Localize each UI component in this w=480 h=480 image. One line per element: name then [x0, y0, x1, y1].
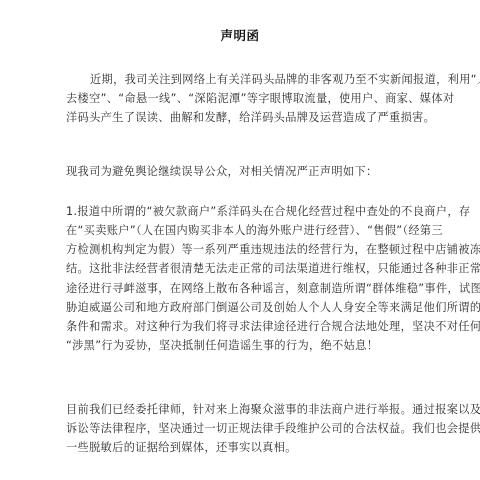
paragraph-line: 结。这批非法经营者很清楚无法走正常的司法渠道进行维权，只能通过各种非正常 [66, 262, 480, 276]
paragraph-line: 目前我们已经委托律师，针对来上海聚众滋事的非法商户进行举报。通过报案以及 [66, 403, 480, 417]
paragraph-line: 洋码头产生了误读、曲解和发酵，给洋码头品牌及运营造成了严重损害。 [66, 111, 435, 125]
paragraph-line: 近期，我司关注到网络上有关洋码头品牌的非客观乃至不实新闻报道，利用“人 [90, 73, 480, 87]
statement-document: 声明函 近期，我司关注到网络上有关洋码头品牌的非客观乃至不实新闻报道，利用“人 … [0, 0, 480, 480]
paragraph-line: “涉黑”行为妥协，坚决抵制任何造谣生事的行为，绝不姑息！ [66, 339, 378, 353]
paragraph-line: 一些脱敏后的证据给到媒体，还事实以真相。 [66, 441, 297, 455]
paragraph-line: 在“买卖账户”（人在国内购买非本人的海外账户进行经营）、“售假”（经第三 [66, 224, 443, 238]
paragraph-line: 胁迫威逼公司和地方政府部门倒逼公司及创始人个人人身安全等来满足他们所谓的 [66, 301, 480, 315]
paragraph-line: 现我司为避免舆论继续误导公众，对相关情况严正声明如下： [66, 165, 378, 179]
paragraph-line: 条件和需求。对这种行为我们将寻求法律途径进行合规合法地处理，坚决不对任何 [66, 320, 480, 334]
paragraph-line: 去楼空”、“命悬一线”、“深陷泥潭”等字眼博取流量，使用户、商家、媒体对 [66, 92, 454, 106]
document-title: 声明函 [0, 26, 480, 44]
paragraph-line: 1.报道中所谓的“被欠款商户”系洋码头在合规化经营过程中查处的不良商户，存 [66, 205, 470, 219]
paragraph-line: 方检测机构判定为假）等一系列严重违规违法的经营行为，在整顿过程中店铺被冻 [66, 243, 480, 257]
paragraph-line: 途径进行寻衅滋事，在网络上散布各种谣言，刻意制造所谓“群体维稳”事件，试图 [66, 282, 480, 296]
paragraph-line: 诉讼等法律程序，坚决通过一切正规法律手段维护公司的合法权益。我们也会提供 [66, 422, 480, 436]
